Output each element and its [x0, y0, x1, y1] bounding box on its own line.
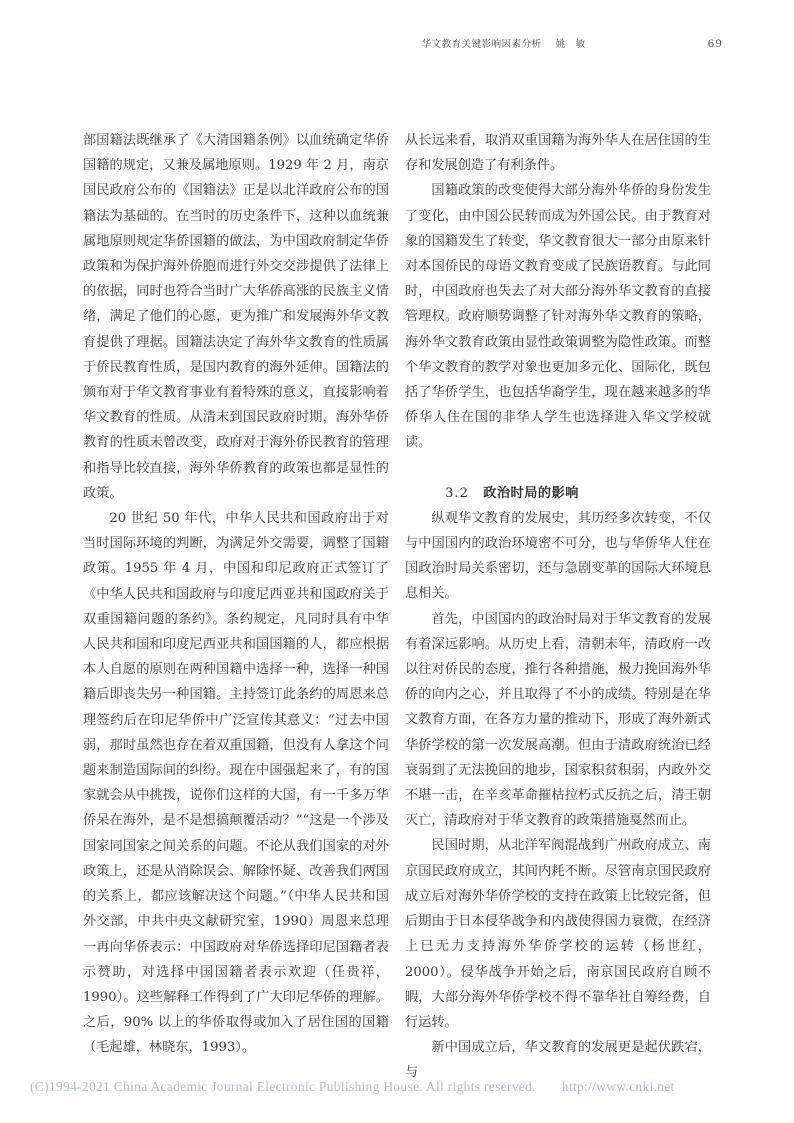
paragraph-left-1: 部国籍法既继承了《大清国籍条例》以血统确定华侨国籍的规定，又兼及属地原则。192… [83, 128, 389, 506]
copyright-text: (C)1994-2021 China Academic Journal Elec… [30, 1079, 536, 1095]
section-title: 政治时局的影响 [483, 486, 579, 501]
cnki-url: http://www.cnki.net [562, 1079, 675, 1095]
paragraph-right-1: 从长远来看，取消双重国籍为海外华人在居住国的生存和发展创造了有利条件。 [405, 128, 711, 178]
paragraph-left-2: 20 世纪 50 年代，中华人民共和国政府出于对当时国际环境的判断，为满足外交需… [83, 506, 389, 1060]
watermark-footer: (C)1994-2021 China Academic Journal Elec… [30, 1079, 675, 1095]
running-title: 华文教育关键影响因素分析 [422, 36, 542, 50]
document-page: 华文教育关键影响因素分析 姚 敏 69 部国籍法既继承了《大清国籍条例》以血统确… [0, 0, 794, 1123]
running-header: 华文教育关键影响因素分析 姚 敏 69 [0, 36, 723, 50]
section-heading: 3.2 政治时局的影响 [405, 481, 711, 506]
left-column: 部国籍法既继承了《大清国籍条例》以血统确定华侨国籍的规定，又兼及属地原则。192… [83, 128, 389, 1086]
page-number: 69 [708, 38, 723, 50]
running-title-group: 华文教育关键影响因素分析 姚 敏 [422, 36, 586, 50]
article-body: 部国籍法既继承了《大清国籍条例》以血统确定华侨国籍的规定，又兼及属地原则。192… [83, 128, 712, 1086]
paragraph-right-2: 国籍政策的改变使得大部分海外华侨的身份发生了变化，由中国公民转而成为外国公民。由… [405, 178, 711, 455]
right-column: 从长远来看，取消双重国籍为海外华人在居住国的生存和发展创造了有利条件。 国籍政策… [405, 128, 711, 1086]
paragraph-right-6: 新中国成立后，华文教育的发展更是起伏跌宕，与 [405, 1035, 711, 1085]
section-number: 3.2 [445, 486, 469, 501]
running-author: 姚 敏 [556, 36, 586, 50]
paragraph-right-3: 纵观华文教育的发展史，其历经多次转变，不仅与中国国内的政治环境密不可分，也与华侨… [405, 506, 711, 607]
paragraph-right-5: 民国时期，从北洋军阀混战到广州政府成立、南京国民政府成立，其间内耗不断。尽管南京… [405, 833, 711, 1035]
paragraph-right-4: 首先，中国国内的政治时局对于华文教育的发展有着深远影响。从历史上看，清朝末年，清… [405, 607, 711, 834]
